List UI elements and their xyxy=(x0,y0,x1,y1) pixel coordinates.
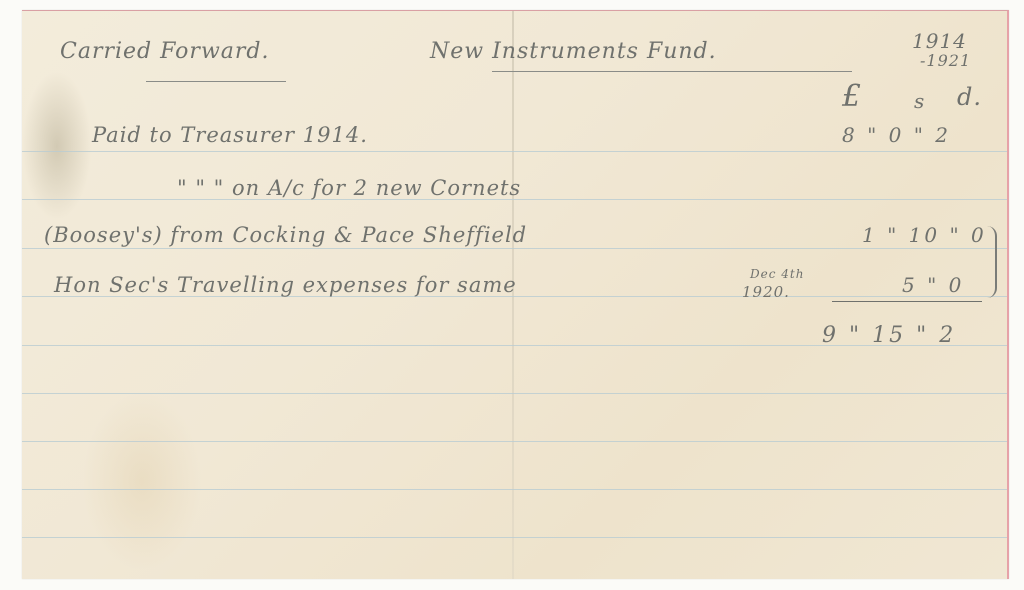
entry-text: Paid to Treasurer 1914. xyxy=(92,123,368,147)
header-year-end: -1921 xyxy=(920,51,971,70)
shillings-column-heading: s xyxy=(914,89,925,113)
entry-amount: 1 " 10 " 0 xyxy=(862,223,987,247)
ruled-line xyxy=(22,151,1007,152)
pence-column-heading: d. xyxy=(957,83,982,111)
ruled-line xyxy=(22,248,1007,249)
total-amount: 9 " 15 " 2 xyxy=(822,323,956,348)
entry-text: (Boosey's) from Cocking & Pace Sheffield xyxy=(44,223,527,247)
ruled-line xyxy=(22,393,1007,394)
pounds-column-heading: £ xyxy=(842,79,862,114)
ruled-line xyxy=(22,537,1007,538)
amount-brace xyxy=(985,226,997,298)
header-fund-title: New Instruments Fund. xyxy=(430,39,717,64)
header-underline xyxy=(146,81,286,82)
entry-date-year: 1920. xyxy=(742,283,790,301)
ledger-page: Carried Forward. New Instruments Fund. 1… xyxy=(22,10,1009,579)
water-stain xyxy=(82,391,202,571)
entry-amount: 8 " 0 " 2 xyxy=(842,123,951,147)
header-underline xyxy=(492,71,852,72)
entry-amount: 5 " 0 xyxy=(902,273,964,297)
header-carried-forward: Carried Forward. xyxy=(60,39,269,64)
entry-date-note: Dec 4th xyxy=(750,267,804,281)
ruled-line xyxy=(22,441,1007,442)
entry-text: " " " on A/c for 2 new Cornets xyxy=(177,176,521,200)
ruled-line xyxy=(22,489,1007,490)
entry-text: Hon Sec's Travelling expenses for same xyxy=(54,273,517,297)
header-year-start: 1914 xyxy=(912,29,967,53)
subtotal-underline xyxy=(832,301,982,302)
